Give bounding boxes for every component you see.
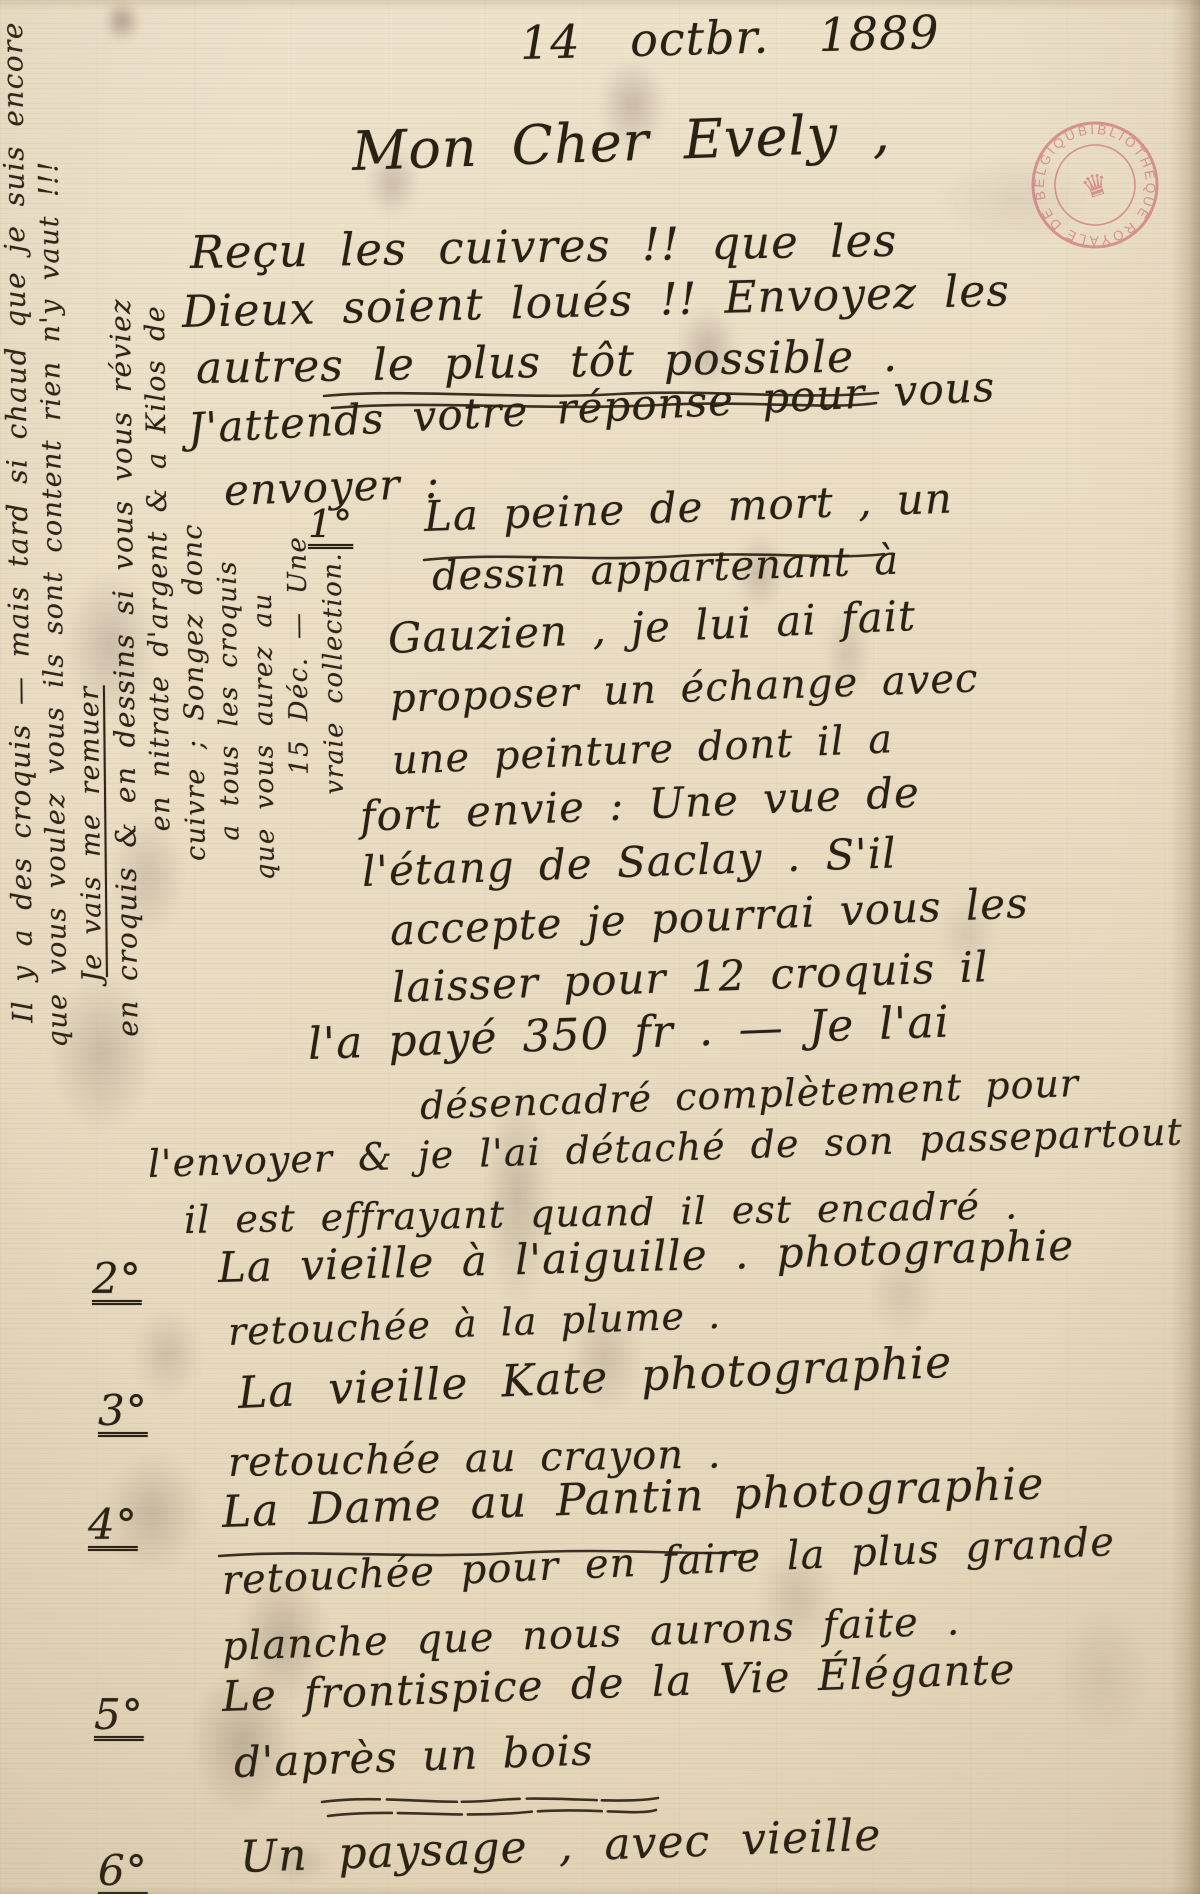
paper-edge-right [1170, 0, 1200, 1894]
library-stamp: BIBLIOTHÈQUE ROYALE DE BELGIQUE ♛ [1000, 90, 1189, 279]
salutation: Mon Cher Evely , [351, 101, 892, 183]
paper-edge-bottom [0, 1886, 1200, 1894]
item-number: 4° [88, 1500, 138, 1549]
date-line: 14 octbr. 1889 [519, 5, 940, 70]
letter-line: La peine de mort , un [423, 474, 953, 541]
letter-line: l'envoyer & je l'ai détaché de son passe… [147, 1109, 1183, 1185]
item-number: 5° [94, 1690, 144, 1739]
item-number: 2° [92, 1254, 142, 1303]
letter-line: Gauzien , je lui ai fait [387, 591, 917, 663]
letter-line: l'étang de Saclay . S'il [361, 828, 897, 896]
stamp-crown-icon: ♛ [1078, 167, 1114, 207]
paper-edge-top [0, 0, 1200, 10]
stain [1040, 1580, 1165, 1765]
margin-note-line: vraie collection. [310, 14, 353, 794]
item-number: 3° [98, 1386, 148, 1435]
letter-line: proposer un échange avec [389, 655, 979, 722]
margin-note: Il y a des croquis — mais tard si chaud … [0, 14, 360, 1078]
letter-line: d'après un bois [233, 1725, 594, 1787]
item-number: 6° [98, 1846, 148, 1894]
letter-line: retouchée à la plume . [227, 1293, 722, 1354]
letter-page: BIBLIOTHÈQUE ROYALE DE BELGIQUE ♛ 14 oct… [0, 0, 1200, 1894]
